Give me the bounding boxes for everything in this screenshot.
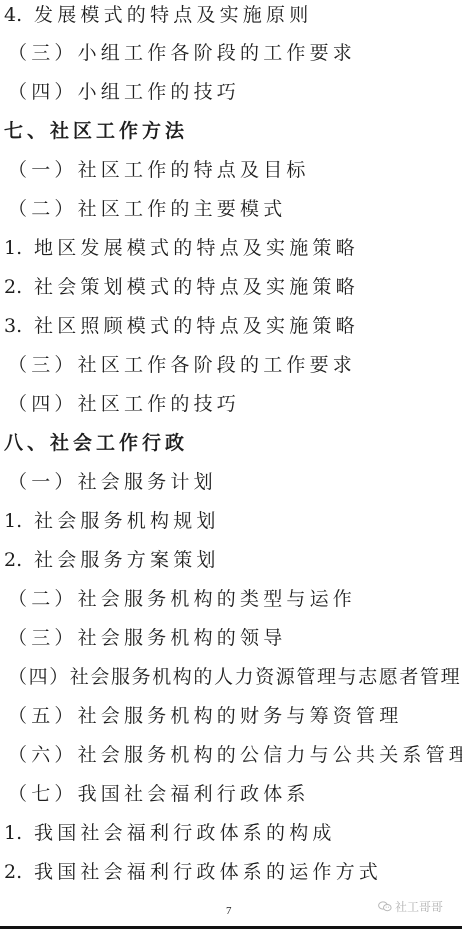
item-text: 发展模式的特点及实施原则 [34,4,312,26]
list-item-numbered: 1.社会服务机构规划 [4,506,220,536]
item-number: 2. [4,545,34,575]
item-text: 社会服务方案策划 [34,549,220,571]
item-number: 2. [4,272,34,302]
list-item-subsection: （三）社区工作各阶段的工作要求 [8,350,356,380]
item-text: 我国社会福利行政体系的运作方式 [34,861,382,883]
list-item-numbered: 1.地区发展模式的特点及实施策略 [4,233,359,263]
item-text: 地区发展模式的特点及实施策略 [34,237,359,259]
item-number: 1. [4,233,34,263]
item-number: 4. [4,0,34,30]
list-item-numbered: 4.发展模式的特点及实施原则 [4,0,312,30]
list-item-numbered: 2.社会服务方案策划 [4,545,220,575]
list-item-subsection: （二）社会服务机构的类型与运作 [8,584,356,614]
list-item-subsection: （五）社会服务机构的财务与筹资管理 [8,701,402,731]
list-item-subsection: （三）社会服务机构的领导 [8,623,286,653]
list-item-numbered: 3.社区照顾模式的特点及实施策略 [4,311,359,341]
item-number: 1. [4,818,34,848]
item-number: 3. [4,311,34,341]
list-item-subsection: （四）社区工作的技巧 [8,389,240,419]
list-item-subsection: （四）社会服务机构的人力资源管理与志愿者管理 [8,662,461,692]
list-item-subsection: （二）社区工作的主要模式 [8,194,286,224]
watermark-text: 社工哥哥 [395,900,443,914]
watermark: 社工哥哥 [378,898,443,915]
list-item-numbered: 2.我国社会福利行政体系的运作方式 [4,857,382,887]
item-text: 社会策划模式的特点及实施策略 [34,276,359,298]
item-text: 我国社会福利行政体系的构成 [34,822,336,844]
list-item-subsection: （一）社区工作的特点及目标 [8,155,310,185]
list-item-subsection: （三）小组工作各阶段的工作要求 [8,38,356,68]
section-heading: 七、社区工作方法 [4,116,188,146]
item-number: 2. [4,857,34,887]
list-item-numbered: 1.我国社会福利行政体系的构成 [4,818,336,848]
item-number: 1. [4,506,34,536]
wechat-icon [378,901,392,912]
item-text: 社区照顾模式的特点及实施策略 [34,315,359,337]
page-number: 7 [226,905,232,917]
list-item-subsection: （六）社会服务机构的公信力与公共关系管理 [8,740,462,770]
list-item-numbered: 2.社会策划模式的特点及实施策略 [4,272,359,302]
list-item-subsection: （七）我国社会福利行政体系 [8,779,310,809]
item-text: 社会服务机构规划 [34,510,220,532]
list-item-subsection: （一）社会服务计划 [8,467,217,497]
list-item-subsection: （四）小组工作的技巧 [8,77,240,107]
section-heading: 八、社会工作行政 [4,428,188,458]
